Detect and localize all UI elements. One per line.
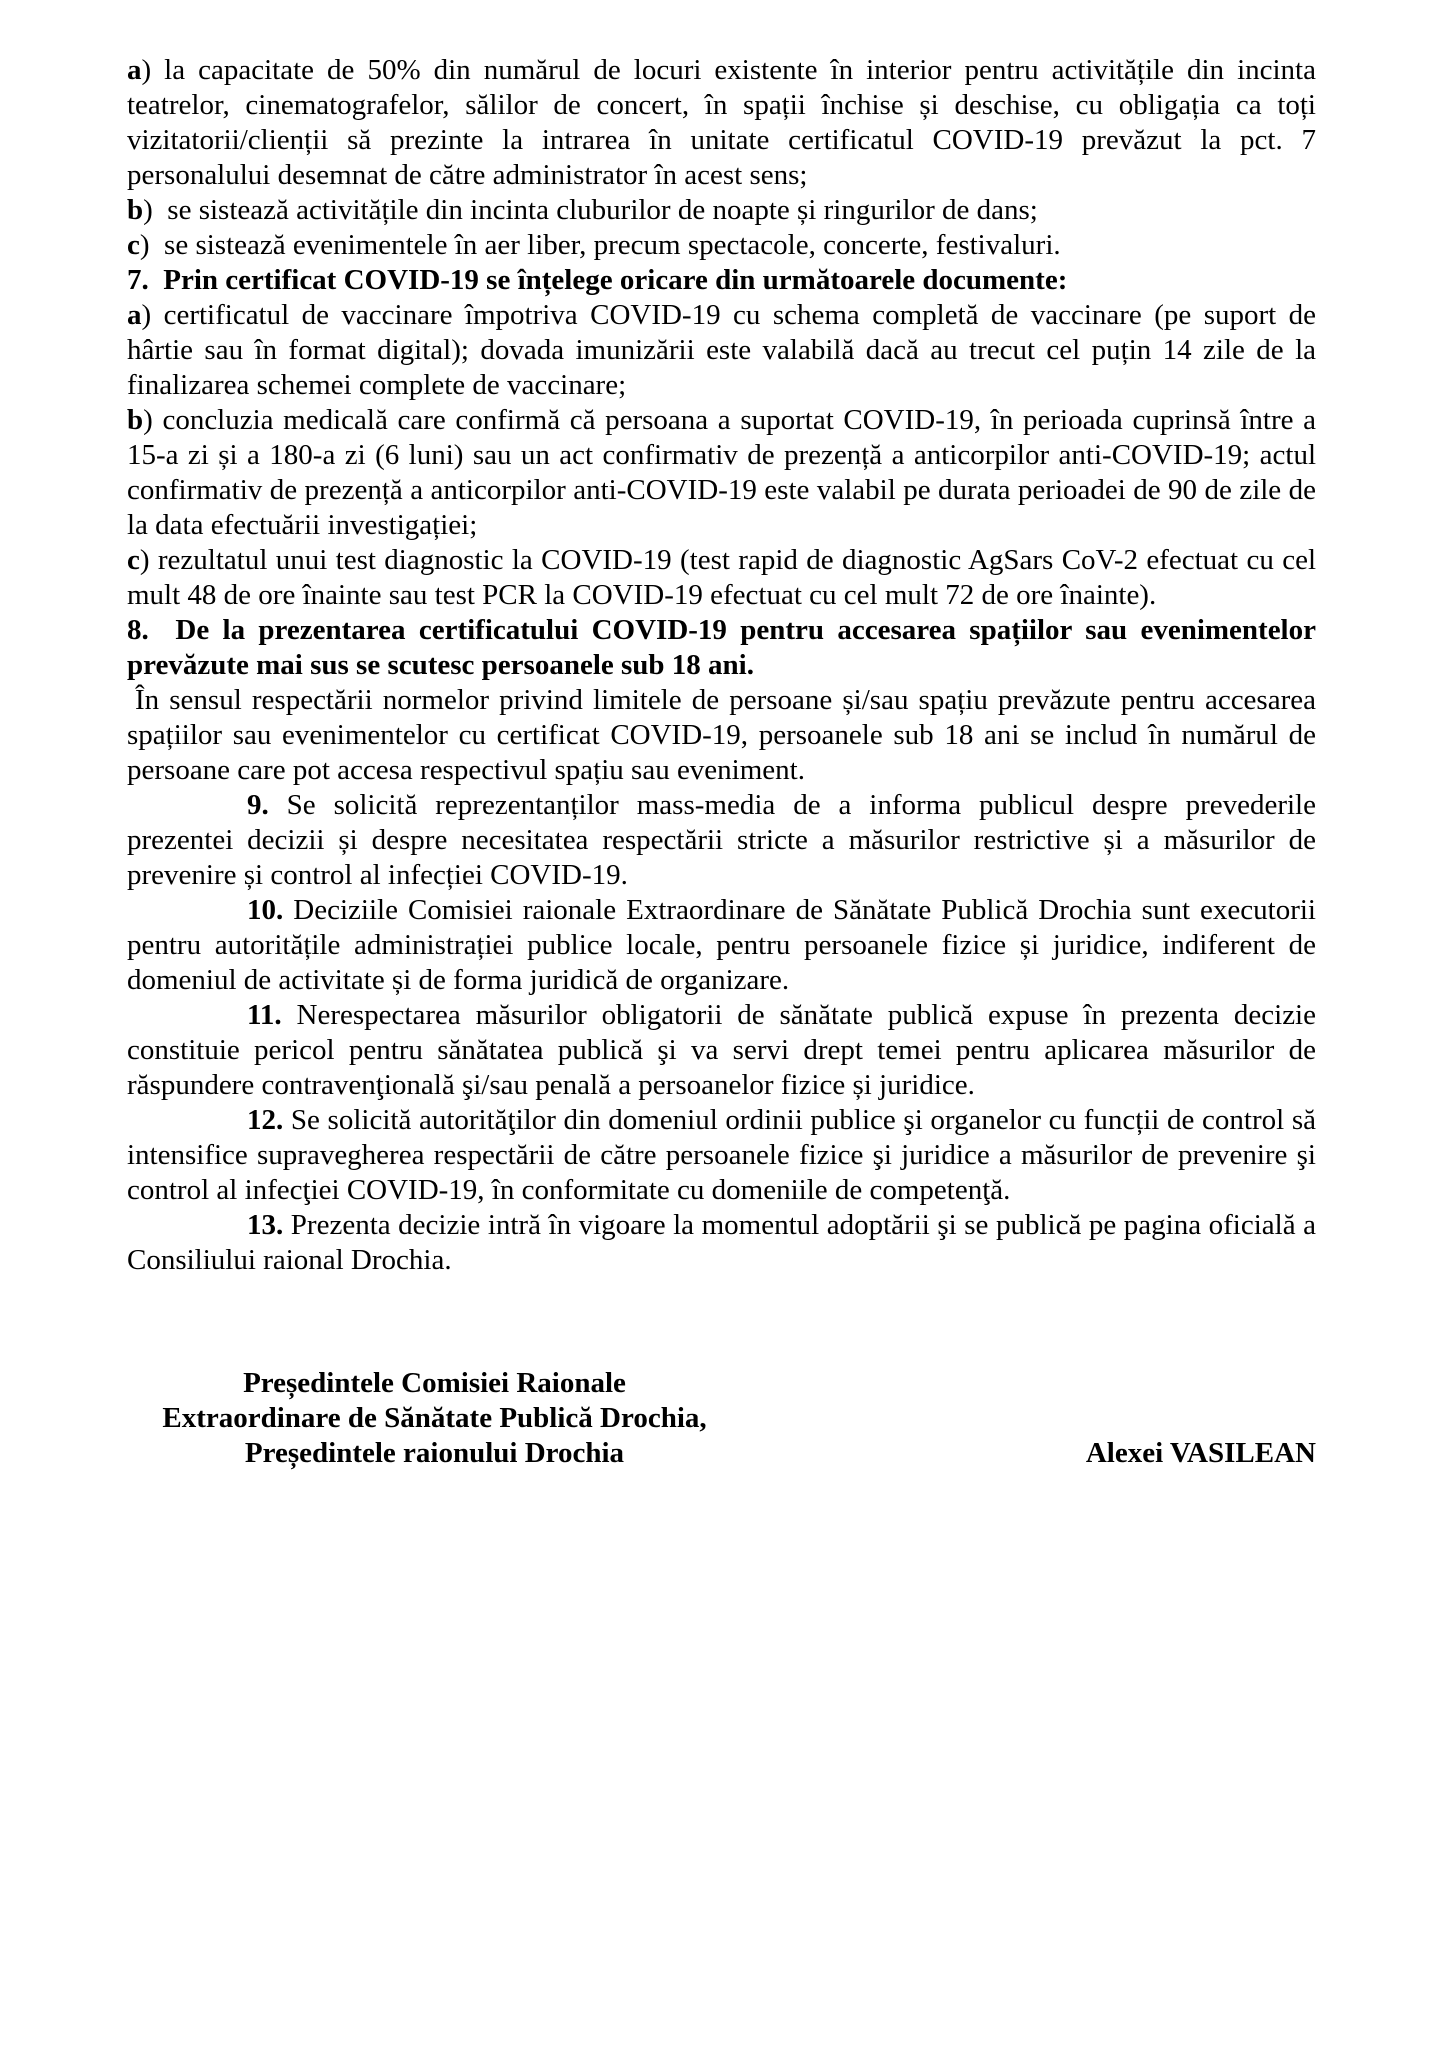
document-page: a) la capacitate de 50% din numărul de l…: [0, 0, 1447, 2047]
signature-name: Alexei VASILEAN: [742, 1436, 1316, 1471]
point-9-mass-media: 9. Se solicită reprezentanților mass-med…: [127, 788, 1316, 893]
signature-left: Președintele Comisiei RaionaleExtraordin…: [127, 1366, 742, 1471]
point-7-item-a-vaccination: a) certificatul de vaccinare împotriva C…: [127, 298, 1316, 403]
point-12-authorities-control: 12. Se solicită autorităţilor din domeni…: [127, 1103, 1316, 1208]
point-8-heading: 8. De la prezentarea certificatului COVI…: [127, 613, 1316, 683]
signature-line: Președintele Comisiei Raionale: [127, 1366, 742, 1401]
item-c-open-air: c) se sistează evenimentele în aer liber…: [127, 228, 1316, 263]
item-a-capacity: a) la capacitate de 50% din numărul de l…: [127, 53, 1316, 193]
point-7-heading: 7. Prin certificat COVID-19 se înțelege …: [127, 263, 1316, 298]
signature-line: Președintele raionului Drochia: [127, 1436, 742, 1471]
signature-line: Extraordinare de Sănătate Publică Drochi…: [127, 1401, 742, 1436]
point-8-note: În sensul respectării normelor privind l…: [127, 683, 1316, 788]
point-7-item-b-medical-conclusion: b) concluzia medicală care confirmă că p…: [127, 403, 1316, 543]
point-13-entry-into-force: 13. Prezenta decizie intră în vigoare la…: [127, 1208, 1316, 1278]
signature-block: Președintele Comisiei RaionaleExtraordin…: [127, 1366, 1316, 1471]
point-7-item-c-test: c) rezultatul unui test diagnostic la CO…: [127, 543, 1316, 613]
point-10-decisions-executory: 10. Deciziile Comisiei raionale Extraord…: [127, 893, 1316, 998]
point-11-noncompliance: 11. Nerespectarea măsurilor obligatorii …: [127, 998, 1316, 1103]
item-b-clubs: b) se sistează activitățile din incinta …: [127, 193, 1316, 228]
document-body: a) la capacitate de 50% din numărul de l…: [127, 53, 1316, 1278]
